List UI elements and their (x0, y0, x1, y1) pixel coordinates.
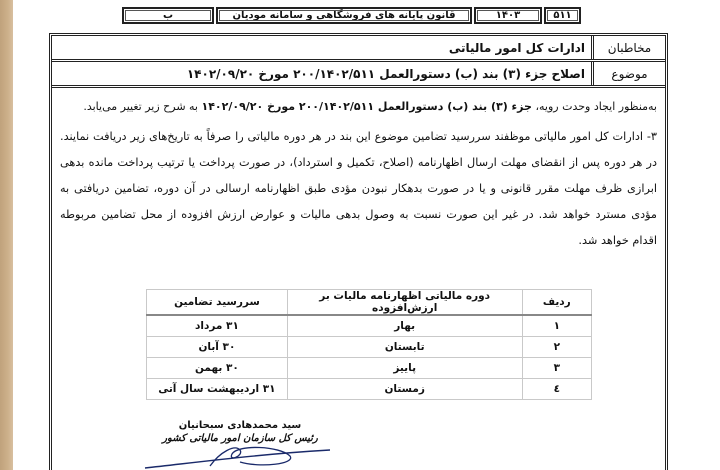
addressee-row: مخاطبان ادارات کل امور مالیاتی (52, 36, 665, 62)
row-number: ۳ (522, 358, 591, 379)
subject-label: موضوع (591, 62, 665, 85)
tax-period: بهار (287, 315, 522, 337)
law-title: قانون پایانه های فروشگاهی و سامانه مودیا… (216, 7, 472, 24)
intro-prefix: به‌منظور ایجاد وحدت رویه، (532, 100, 657, 113)
row-number: ۲ (522, 337, 591, 358)
subject-value: اصلاح جزء (۳) بند (ب) دستورالعمل ۲۰۰/۱۴۰… (52, 62, 591, 85)
guarantee-due: ۳۰ بهمن (147, 358, 288, 379)
addressee-value: ادارات کل امور مالیاتی (52, 36, 591, 59)
intro-reference: جزء (۳) بند (ب) دستورالعمل ۲۰۰/۱۴۰۲/۵۱۱ … (201, 100, 531, 113)
header-guarantee-due: سررسید تضامین (147, 290, 288, 316)
document-code-strip: ۵۱۱ ۱۴۰۳ قانون پایانه های فروشگاهی و سام… (118, 7, 581, 24)
section-code: ب (122, 7, 214, 24)
table-row: ۲ تابستان ۳۰ آبان (147, 337, 592, 358)
intro-suffix: به شرح زیر تغییر می‌یابد. (83, 100, 201, 113)
subject-row: موضوع اصلاح جزء (۳) بند (ب) دستورالعمل ۲… (52, 62, 665, 88)
tax-period: زمستان (287, 379, 522, 400)
handwritten-signature-icon (140, 432, 340, 470)
clause-3-paragraph: ۳- ادارات کل امور مالیاتی موظفند سررسید … (60, 124, 657, 254)
header-row-number: ردیف (522, 290, 591, 316)
circular-frame: مخاطبان ادارات کل امور مالیاتی موضوع اصل… (49, 33, 668, 470)
table-row: ۳ پاییز ۳۰ بهمن (147, 358, 592, 379)
header-tax-period: دوره مالیاتی اظهارنامه مالیات بر ارزش‌اف… (287, 290, 522, 316)
row-number: ۱ (522, 315, 591, 337)
guarantee-due: ۳۰ آبان (147, 337, 288, 358)
circular-body: به‌منظور ایجاد وحدت رویه، جزء (۳) بند (ب… (52, 88, 665, 254)
guarantee-due-dates-table: ردیف دوره مالیاتی اظهارنامه مالیات بر ار… (146, 289, 592, 400)
guarantee-due: ۳۱ اردیبهشت سال آتی (147, 379, 288, 400)
table-header-row: ردیف دوره مالیاتی اظهارنامه مالیات بر ار… (147, 290, 592, 316)
intro-sentence: به‌منظور ایجاد وحدت رویه، جزء (۳) بند (ب… (60, 94, 657, 120)
page-edge-strip (0, 0, 13, 470)
signature-block: سید محمدهادی سبحانیان رئیس کل سازمان امو… (150, 420, 330, 444)
circular-year: ۱۴۰۳ (474, 7, 542, 24)
addressee-label: مخاطبان (591, 36, 665, 59)
guarantee-due: ۳۱ مرداد (147, 315, 288, 337)
signatory-name: سید محمدهادی سبحانیان (150, 420, 330, 431)
row-number: ٤ (522, 379, 591, 400)
table-row: ۱ بهار ۳۱ مرداد (147, 315, 592, 337)
tax-period: تابستان (287, 337, 522, 358)
tax-period: پاییز (287, 358, 522, 379)
circular-number: ۵۱۱ (544, 7, 581, 24)
table-row: ٤ زمستان ۳۱ اردیبهشت سال آتی (147, 379, 592, 400)
